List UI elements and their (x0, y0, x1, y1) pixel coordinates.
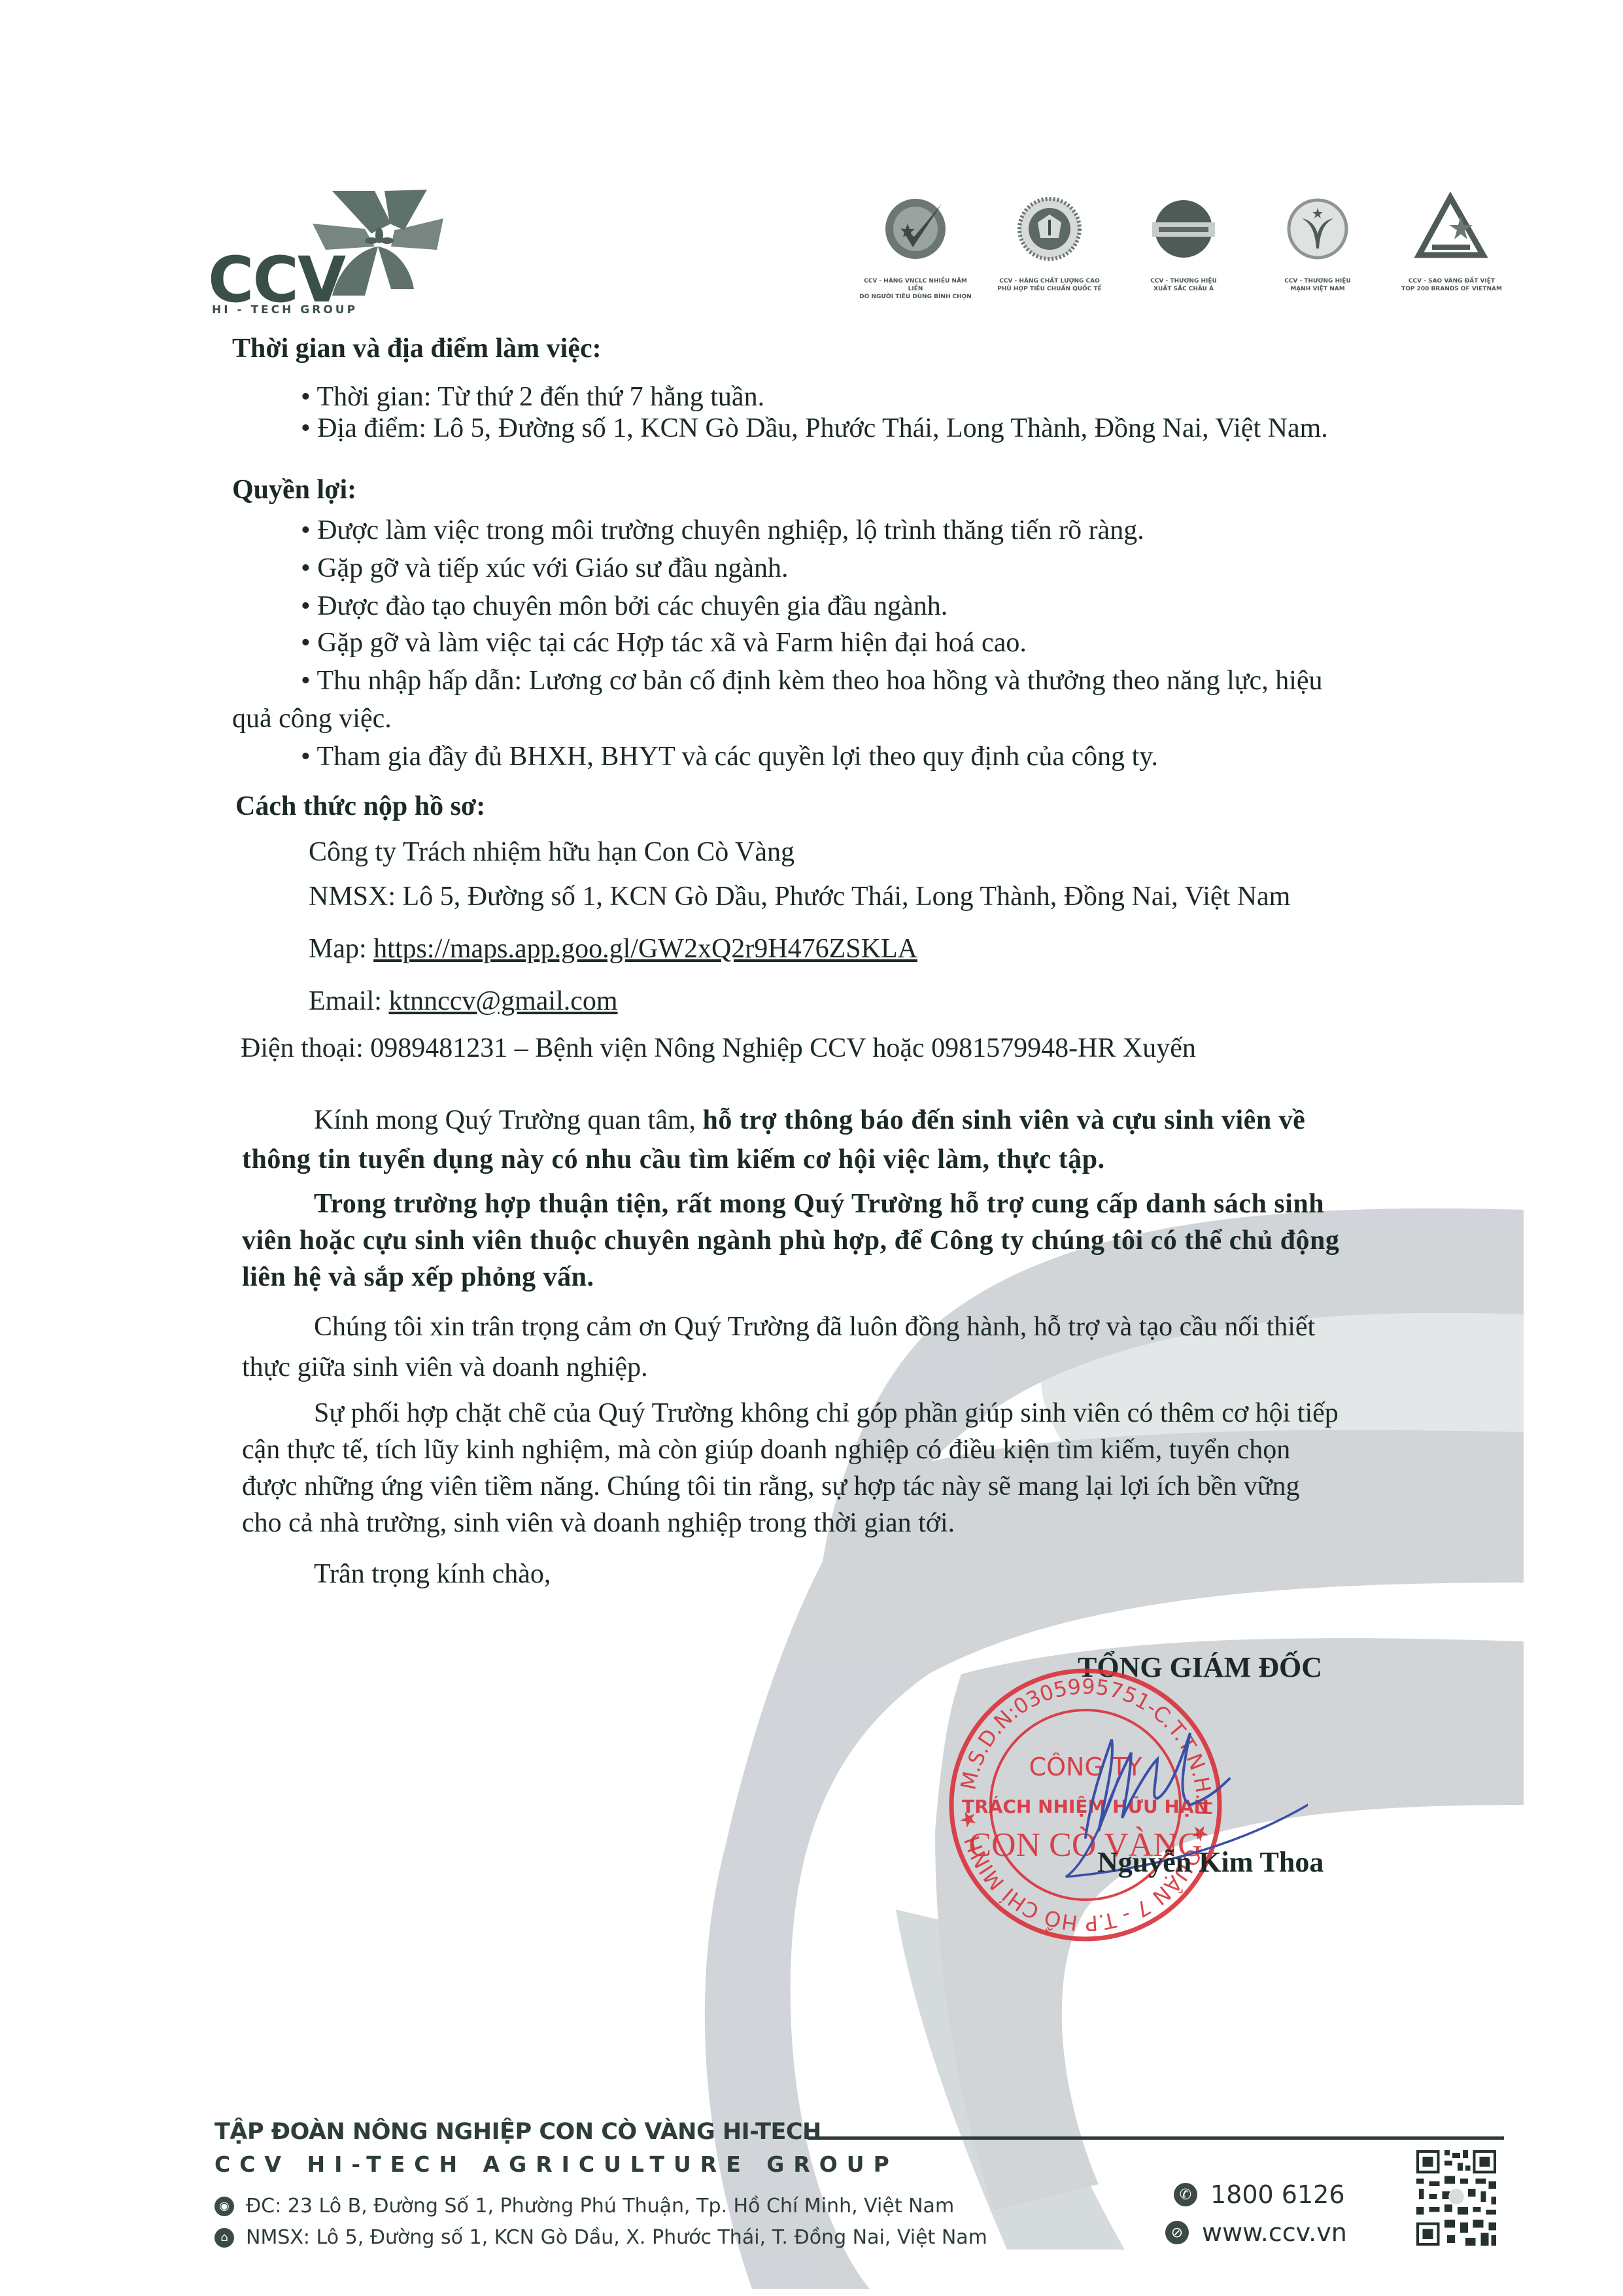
letter-p4-line: được những ứng viên tiềm năng. Chúng tôi… (242, 1473, 1300, 1500)
footer-hq-address: ◉ ĐC: 23 Lô B, Đường Số 1, Phường Phú Th… (214, 2195, 954, 2218)
footer-factory-address: ⌂ NMSX: Lô 5, Đường số 1, KCN Gò Dầu, X.… (214, 2226, 987, 2249)
benefit-item: • Được làm việc trong môi trường chuyên … (301, 517, 1144, 544)
signer-name: Nguyễn Kim Thoa (1097, 1845, 1324, 1879)
benefit-item: • Tham gia đầy đủ BHXH, BHYT và các quyề… (301, 743, 1158, 770)
work-location-item: • Địa điểm: Lô 5, Đường số 1, KCN Gò Dầu… (301, 415, 1328, 442)
website-text[interactable]: www.ccv.vn (1202, 2218, 1347, 2247)
benefit-item: • Được đào tạo chuyên môn bởi các chuyên… (301, 592, 948, 620)
apply-map-row: Map: https://maps.app.goo.gl/GW2xQ2r9H47… (309, 935, 917, 963)
benefit-item: • Gặp gỡ và làm việc tại các Hợp tác xã … (301, 629, 1027, 657)
logo-wordmark: CCV (208, 248, 345, 311)
footer-group-name-en: CCV HI-TECH AGRICULTURE GROUP (214, 2151, 898, 2177)
letter-p3-line: Chúng tôi xin trân trọng cảm ơn Quý Trườ… (314, 1313, 1315, 1341)
asia-brand-ribbon-badge-icon (1144, 190, 1223, 268)
work-time-item: • Thời gian: Từ thứ 2 đến thứ 7 hằng tuầ… (301, 383, 764, 411)
logo-tagline: HI - TECH GROUP (212, 303, 358, 317)
location-pin-icon: ◉ (214, 2197, 234, 2216)
letter-p2-line: viên hoặc cựu sinh viên thuộc chuyên ngà… (242, 1227, 1339, 1254)
badge-caption: CCV - THƯƠNG HIỆU MẠNH VIỆT NAM (1284, 277, 1351, 293)
international-quality-crown-badge-icon (1010, 190, 1089, 268)
phone-icon: ✆ (1174, 2183, 1197, 2206)
footer-group-name: TẬP ĐOÀN NÔNG NGHIỆP CON CÒ VÀNG HI-TECH (214, 2119, 821, 2145)
award-badges: CCV - HÀNG VNCLC NHIỀU NĂM LIỀN DO NGƯỜI… (857, 190, 1511, 307)
badge-item: CCV - HÀNG VNCLC NHIỀU NĂM LIỀN DO NGƯỜI… (857, 190, 974, 307)
badge-item: CCV - THƯƠNG HIỆU MẠNH VIỆT NAM (1259, 190, 1376, 307)
footer-hotline: ✆ 1800 6126 (1174, 2180, 1345, 2209)
qr-code[interactable] (1416, 2150, 1497, 2246)
work-heading: Thời gian và địa điểm làm việc: (232, 335, 602, 362)
footer-divider (808, 2136, 1504, 2140)
apply-phone: Điện thoại: 0989481231 – Bệnh viện Nông … (241, 1035, 1196, 1062)
email-link[interactable]: ktnnccv@gmail.com (388, 986, 617, 1016)
vietnam-quality-check-badge-icon (876, 190, 955, 268)
apply-company: Công ty Trách nhiệm hữu hạn Con Cò Vàng (309, 838, 794, 866)
benefits-heading: Quyền lợi: (232, 476, 356, 504)
letter-p2-line: Trong trường hợp thuận tiện, rất mong Qu… (314, 1190, 1324, 1218)
golden-star-triangle-badge-icon (1412, 190, 1491, 268)
hotline-text[interactable]: 1800 6126 (1210, 2180, 1345, 2209)
badge-item: CCV - SAO VÀNG ĐẤT VIỆT TOP 200 BRANDS O… (1393, 190, 1511, 307)
globe-icon: ⊘ (1165, 2221, 1189, 2244)
footer-website: ⊘ www.ccv.vn (1165, 2218, 1347, 2247)
letter-p4-line: Sự phối hợp chặt chẽ của Quý Trường khôn… (314, 1399, 1339, 1427)
benefit-item: • Gặp gỡ và tiếp xúc với Giáo sư đầu ngà… (301, 555, 789, 582)
badge-item: CCV - THƯƠNG HIỆU XUẤT SẮC CHÂU Á (1125, 190, 1242, 307)
factory-icon: ⌂ (214, 2228, 234, 2248)
p1-regular: Kính mong Quý Trường quan tâm, (314, 1105, 703, 1135)
apply-heading: Cách thức nộp hồ sơ: (235, 793, 485, 820)
apply-factory-address: NMSX: Lô 5, Đường số 1, KCN Gò Dầu, Phướ… (309, 883, 1290, 910)
badge-item: CCV - HÀNG CHẤT LƯỢNG CAO PHÙ HỢP TIÊU C… (991, 190, 1108, 307)
apply-email-row: Email: ktnnccv@gmail.com (309, 987, 618, 1015)
email-label: Email: (309, 986, 388, 1016)
strong-brand-vietnam-badge-icon (1278, 190, 1357, 268)
badge-caption: CCV - SAO VÀNG ĐẤT VIỆT TOP 200 BRANDS O… (1401, 277, 1502, 293)
letter-p4-line: cho cả nhà trường, sinh viên và doanh ng… (242, 1509, 955, 1537)
map-label: Map: (309, 934, 373, 964)
benefit-item-continuation: quả công việc. (232, 705, 392, 732)
letter-p1-line1: Kính mong Quý Trường quan tâm, hỗ trợ th… (314, 1106, 1305, 1134)
handwritten-signature (1059, 1713, 1308, 1910)
hq-address-text: ĐC: 23 Lô B, Đường Số 1, Phường Phú Thuậ… (246, 2195, 954, 2218)
letter-p1-line2: thông tin tuyển dụng này có nhu cầu tìm … (242, 1146, 1105, 1173)
map-link[interactable]: https://maps.app.goo.gl/GW2xQ2r9H476ZSKL… (373, 934, 917, 964)
letter-closing: Trân trọng kính chào, (314, 1560, 551, 1588)
p1-bold: hỗ trợ thông báo đến sinh viên và cựu si… (703, 1105, 1306, 1135)
badge-caption: CCV - HÀNG CHẤT LƯỢNG CAO PHÙ HỢP TIÊU C… (997, 277, 1101, 293)
badge-caption: CCV - HÀNG VNCLC NHIỀU NĂM LIỀN DO NGƯỜI… (857, 277, 974, 301)
letter-p4-line: cận thực tế, tích lũy kinh nghiệm, mà cò… (242, 1436, 1290, 1464)
letter-p3-line: thực giữa sinh viên và doanh nghiệp. (242, 1354, 648, 1381)
factory-address-text: NMSX: Lô 5, Đường số 1, KCN Gò Dầu, X. P… (246, 2226, 987, 2249)
badge-caption: CCV - THƯƠNG HIỆU XUẤT SẮC CHÂU Á (1150, 277, 1217, 293)
letter-p2-line: liên hệ và sắp xếp phỏng vấn. (242, 1263, 594, 1291)
ccv-logo: CCV HI - TECH GROUP (208, 178, 443, 322)
benefit-item: • Thu nhập hấp dẫn: Lương cơ bản cố định… (301, 667, 1323, 694)
